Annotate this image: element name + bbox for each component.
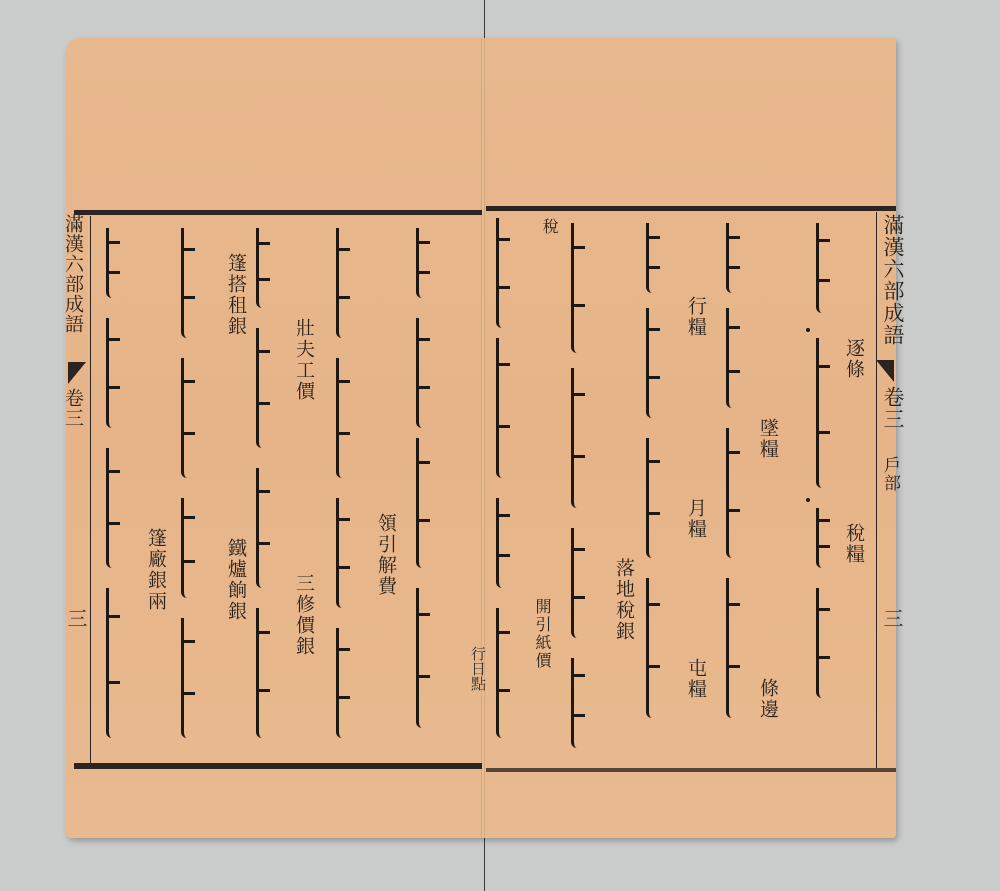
- manchu-script-stroke: [416, 318, 445, 428]
- punctuation-dot: [806, 498, 810, 502]
- manchu-script-stroke: [181, 228, 210, 338]
- manchu-script-stroke: [181, 358, 210, 478]
- book-title-left: 滿漢六部成語: [62, 214, 84, 334]
- manchu-script-stroke: [336, 228, 365, 338]
- manchu-script-stroke: [496, 338, 525, 478]
- manchu-script-stroke: [256, 328, 285, 448]
- entry-shui: 稅: [539, 218, 559, 236]
- manchu-script-stroke: [416, 438, 445, 568]
- manchu-script-stroke: [106, 228, 135, 298]
- manchu-script-stroke: [726, 223, 755, 293]
- manchu-script-stroke: [416, 588, 445, 728]
- manchu-script-stroke: [336, 358, 365, 478]
- entry-zhuiliang: 墜糧: [758, 418, 778, 460]
- manchu-script-stroke: [726, 428, 755, 558]
- entry-luodi-shuiyin: 落地稅銀: [614, 558, 634, 642]
- manchu-script-stroke: [106, 448, 135, 568]
- entry-pengda-zuyin: 篷搭租銀: [226, 253, 246, 337]
- left-margin-rule: [90, 216, 91, 764]
- manchu-script-stroke: [646, 308, 675, 418]
- manchu-script-stroke: [256, 468, 285, 588]
- entry-zhuangfu-gongjia: 壯夫工價: [294, 318, 314, 402]
- section-text: 戶部: [880, 456, 900, 492]
- manchu-script-stroke: [816, 588, 845, 698]
- banxin-title-right: 滿漢六部成語: [878, 214, 908, 346]
- volume-text-left: 卷三: [62, 388, 84, 428]
- entry-tiaobian: 條邊: [758, 678, 778, 720]
- entry-kaiyin-zhijia: 開引紙價: [532, 598, 552, 670]
- page-number-right: 三: [878, 608, 907, 628]
- entry-lingyin-jiefei: 領引解費: [376, 513, 396, 597]
- entry-yueliang: 月糧: [686, 498, 706, 540]
- entry-tielu-xiangyin: 鐵爐餉銀: [226, 538, 246, 622]
- manchu-script-stroke: [726, 308, 755, 408]
- manchu-script-stroke: [646, 223, 675, 293]
- volume-label-left: 卷三: [60, 388, 87, 428]
- manchu-script-stroke: [181, 498, 210, 598]
- frame-bottom-left: [74, 763, 482, 769]
- center-fold: [481, 38, 485, 838]
- manchu-script-stroke: [106, 588, 135, 738]
- manchu-script-stroke: [571, 368, 600, 508]
- frame-bottom-right: [486, 768, 896, 772]
- page-number-left: 三: [62, 608, 91, 628]
- entry-sanxiu-jiayin: 三修價銀: [294, 573, 314, 657]
- manchu-script-stroke: [256, 228, 285, 308]
- entry-pengchang-yinliang: 篷廠銀兩: [146, 528, 166, 612]
- entry-zhutiao: 逐條: [844, 338, 864, 380]
- manchu-script-stroke: [336, 498, 365, 608]
- manchu-script-stroke: [496, 498, 525, 588]
- footer-note: 行日點: [468, 646, 489, 691]
- manchu-script-stroke: [181, 618, 210, 738]
- manchu-script-stroke: [571, 528, 600, 638]
- volume-text: 卷三: [881, 386, 905, 430]
- manchu-script-stroke: [496, 608, 525, 738]
- manchu-script-stroke: [256, 608, 285, 738]
- manchu-script-stroke: [816, 223, 845, 313]
- manchu-script-stroke: [496, 218, 525, 328]
- manchu-script-stroke: [416, 228, 445, 298]
- manchu-script-stroke: [646, 578, 675, 718]
- frame-top-right: [486, 206, 896, 211]
- manchu-script-stroke: [336, 628, 365, 738]
- manchu-script-stroke: [816, 338, 845, 488]
- manchu-script-stroke: [106, 318, 135, 428]
- entry-tunliang: 屯糧: [686, 658, 706, 700]
- banxin-title-left: 滿漢六部成語: [60, 214, 87, 334]
- volume-label-right: 卷三: [878, 386, 908, 430]
- manchu-script-stroke: [571, 223, 600, 353]
- book-title: 滿漢六部成語: [881, 214, 905, 346]
- manchu-script-stroke: [816, 508, 845, 568]
- book-spread: 滿漢六部成語 卷三 戶部 三 滿漢六部成語 卷三 三 逐條 稅糧 墜糧 條邊 行…: [66, 38, 896, 838]
- frame-top-left: [74, 210, 482, 215]
- entry-shuiliang: 稅糧: [844, 523, 864, 565]
- entry-xingliang: 行糧: [686, 296, 706, 338]
- section-label-right: 戶部: [878, 456, 903, 492]
- manchu-script-stroke: [571, 658, 600, 748]
- manchu-script-stroke: [646, 438, 675, 558]
- punctuation-dot: [806, 328, 810, 332]
- manchu-script-stroke: [726, 578, 755, 718]
- right-margin-rule: [876, 212, 877, 768]
